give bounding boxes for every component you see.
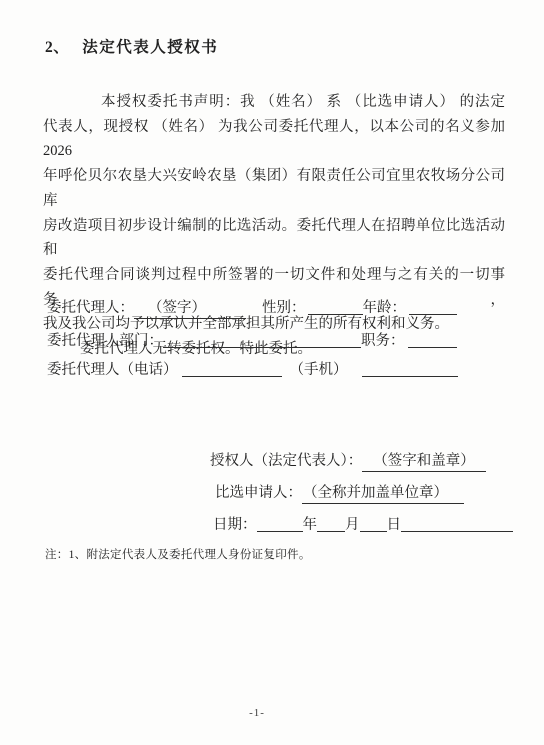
- agent-label: 委托代理人：: [47, 300, 134, 316]
- form-row-agent: 委托代理人：（签字）性别：年龄：: [47, 296, 457, 319]
- authorizer-label: 授权人（法定代表人）：: [210, 453, 362, 469]
- month-blank: [317, 526, 345, 532]
- page-title: 法定代表人授权书: [82, 39, 218, 56]
- heading-number: 2、: [45, 39, 69, 56]
- signature-row-authorizer: 授权人（法定代表人）：（签字和盖章）: [210, 449, 486, 472]
- paragraph-line: 年呼伦贝尔农垦大兴安岭农垦（集团）有限责任公司宜里农牧场分公司库: [43, 164, 505, 213]
- page-number: -1-: [0, 707, 514, 719]
- mobile-label: （手机）: [290, 362, 348, 378]
- document-page: 2、法定代表人授权书 本授权委托书声明：我 （姓名） 系 （比选申请人） 的法定…: [0, 0, 544, 745]
- duty-blank: [408, 342, 457, 348]
- form-row-department: 委托代理人部门：职务：: [47, 329, 457, 350]
- section-heading: 2、法定代表人授权书: [45, 35, 218, 57]
- paragraph-line: 代表人，现授权 （姓名） 为我公司委托代理人，以本公司的名义参加 2026: [43, 115, 505, 164]
- phone-label: 委托代理人（电话）: [47, 362, 178, 378]
- year-blank: [257, 526, 303, 532]
- age-label: 年龄：: [363, 300, 407, 316]
- day-blank: [360, 526, 387, 532]
- duty-label: 职务：: [361, 333, 405, 349]
- paragraph-line: 本授权委托书声明：我 （姓名） 系 （比选申请人） 的法定: [43, 90, 505, 115]
- day-label: 日: [387, 517, 402, 533]
- year-label: 年: [303, 517, 318, 533]
- age-blank: [409, 309, 457, 315]
- department-label: 委托代理人部门：: [47, 333, 163, 349]
- signature-row-applicant: 比选申请人：（全称并加盖单位章）: [215, 481, 464, 504]
- paragraph-line: 房改造项目初步设计编制的比选活动。委托代理人在招聘单位比选活动和: [43, 214, 505, 263]
- footnote: 注：1、附法定代表人及委托代理人身份证复印件。: [45, 546, 311, 562]
- date-trailing-blank: [401, 526, 513, 532]
- declaration-paragraph: 本授权委托书声明：我 （姓名） 系 （比选申请人） 的法定 代表人，现授权 （姓…: [43, 90, 505, 362]
- applicant-label: 比选申请人：: [215, 485, 302, 501]
- signature-row-date: 日期：年月日: [213, 513, 513, 534]
- gender-label: 性别：: [262, 300, 306, 316]
- phone-blank: [182, 371, 282, 377]
- date-label: 日期：: [213, 517, 257, 533]
- mobile-blank: [362, 371, 458, 377]
- agent-signature-blank: （签字）: [134, 296, 246, 319]
- month-label: 月: [345, 517, 360, 533]
- authorizer-signature-blank: （签字和盖章）: [362, 449, 486, 472]
- applicant-name-blank: （全称并加盖单位章）: [302, 481, 464, 504]
- gender-blank: [308, 309, 363, 315]
- form-row-phone: 委托代理人（电话）（手机）: [47, 358, 458, 379]
- department-blank: [163, 342, 361, 348]
